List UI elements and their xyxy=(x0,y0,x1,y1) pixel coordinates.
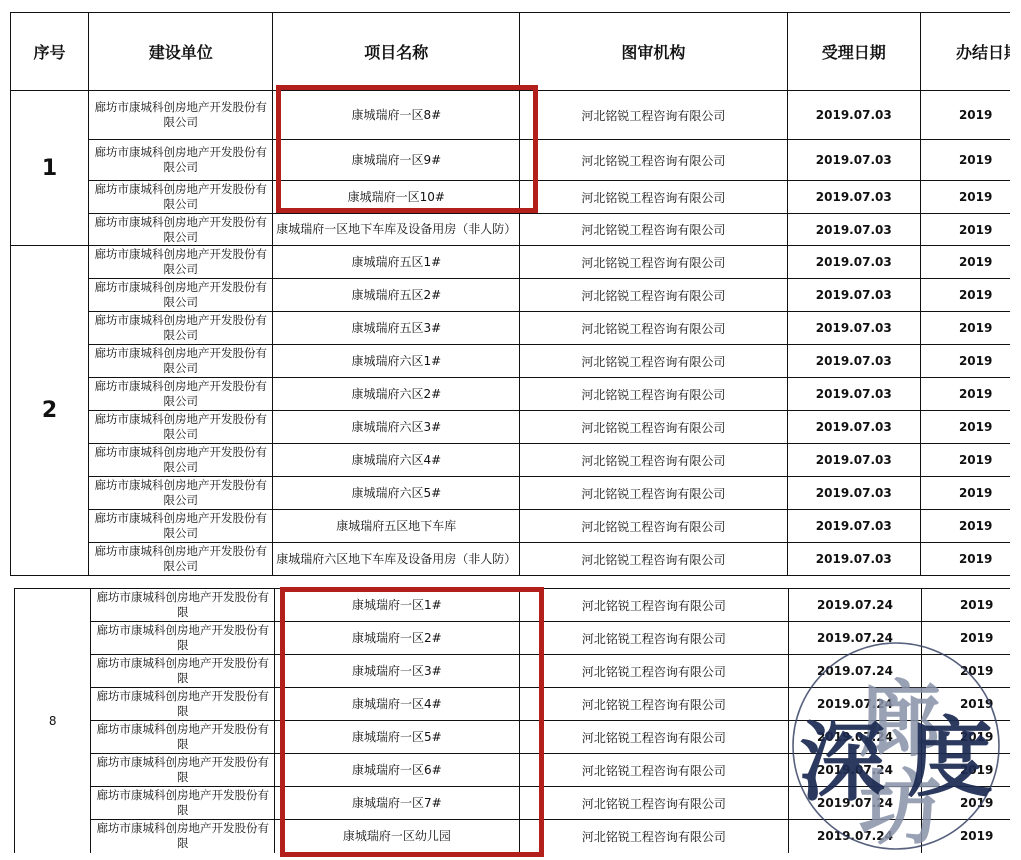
finish-date-cell: 2019 xyxy=(921,820,1020,853)
accept-date-cell: 2019.07.24 xyxy=(789,688,922,721)
project-cell: 康城瑞府一区2# xyxy=(275,622,520,655)
accept-date-cell: 2019.07.03 xyxy=(787,91,920,140)
org-cell: 河北铭锐工程咨询有限公司 xyxy=(520,444,787,477)
finish-date-cell: 2019 xyxy=(920,181,1020,214)
header-accept-date: 受理日期 xyxy=(787,13,920,91)
unit-cell: 廊坊市康城科创房地产开发股份有限 xyxy=(91,622,275,655)
project-cell: 康城瑞府五区1# xyxy=(273,246,520,279)
unit-cell: 廊坊市康城科创房地产开发股份有限 xyxy=(91,721,275,754)
org-cell: 河北铭锐工程咨询有限公司 xyxy=(520,279,787,312)
unit-cell: 廊坊市康城科创房地产开发股份有限公司 xyxy=(88,140,273,181)
unit-cell: 廊坊市康城科创房地产开发股份有限 xyxy=(91,655,275,688)
accept-date-cell: 2019.07.03 xyxy=(787,510,920,543)
table-row: 廊坊市康城科创房地产开发股份有限公司康城瑞府五区2#河北铭锐工程咨询有限公司20… xyxy=(11,279,1021,312)
table-row: 廊坊市康城科创房地产开发股份有限公司康城瑞府一区9#河北铭锐工程咨询有限公司20… xyxy=(11,140,1021,181)
accept-date-cell: 2019.07.03 xyxy=(787,543,920,576)
table-row: 廊坊市康城科创房地产开发股份有限公司康城瑞府六区3#河北铭锐工程咨询有限公司20… xyxy=(11,411,1021,444)
finish-date-cell: 2019 xyxy=(920,279,1020,312)
project-cell: 康城瑞府六区4# xyxy=(273,444,520,477)
org-cell: 河北铭锐工程咨询有限公司 xyxy=(520,477,787,510)
unit-cell: 廊坊市康城科创房地产开发股份有限公司 xyxy=(88,279,273,312)
project-cell: 康城瑞府一区地下车库及设备用房（非人防） xyxy=(273,214,520,246)
project-cell: 康城瑞府一区5# xyxy=(275,721,520,754)
table-row: 廊坊市康城科创房地产开发股份有限康城瑞府一区3#河北铭锐工程咨询有限公司2019… xyxy=(15,655,1021,688)
project-cell: 康城瑞府一区10# xyxy=(273,181,520,214)
finish-date-cell: 2019 xyxy=(920,246,1020,279)
accept-date-cell: 2019.07.24 xyxy=(789,622,922,655)
header-finish-date: 办结日期 xyxy=(920,13,1020,91)
table-row: 廊坊市康城科创房地产开发股份有限公司康城瑞府六区4#河北铭锐工程咨询有限公司20… xyxy=(11,444,1021,477)
finish-date-cell: 2019 xyxy=(920,345,1020,378)
header-seq: 序号 xyxy=(11,13,89,91)
unit-cell: 廊坊市康城科创房地产开发股份有限 xyxy=(91,754,275,787)
accept-date-cell: 2019.07.03 xyxy=(787,246,920,279)
accept-date-cell: 2019.07.03 xyxy=(787,345,920,378)
org-cell: 河北铭锐工程咨询有限公司 xyxy=(519,655,788,688)
unit-cell: 廊坊市康城科创房地产开发股份有限公司 xyxy=(88,411,273,444)
review-table-top: 序号 建设单位 项目名称 图审机构 受理日期 办结日期 1廊坊市康城科创房地产开… xyxy=(10,12,1021,576)
seq-cell: 2 xyxy=(11,246,89,576)
unit-cell: 廊坊市康城科创房地产开发股份有限公司 xyxy=(88,345,273,378)
table-row: 廊坊市康城科创房地产开发股份有限公司康城瑞府六区地下车库及设备用房（非人防）河北… xyxy=(11,543,1021,576)
unit-cell: 廊坊市康城科创房地产开发股份有限 xyxy=(91,820,275,853)
org-cell: 河北铭锐工程咨询有限公司 xyxy=(519,787,788,820)
accept-date-cell: 2019.07.03 xyxy=(787,312,920,345)
seq-cell: 1 xyxy=(11,91,89,246)
project-cell: 康城瑞府五区地下车库 xyxy=(273,510,520,543)
table-row: 廊坊市康城科创房地产开发股份有限公司康城瑞府六区5#河北铭锐工程咨询有限公司20… xyxy=(11,477,1021,510)
table-row: 廊坊市康城科创房地产开发股份有限康城瑞府一区4#河北铭锐工程咨询有限公司2019… xyxy=(15,688,1021,721)
finish-date-cell: 2019 xyxy=(920,543,1020,576)
org-cell: 河北铭锐工程咨询有限公司 xyxy=(519,721,788,754)
unit-cell: 廊坊市康城科创房地产开发股份有限公司 xyxy=(88,181,273,214)
unit-cell: 廊坊市康城科创房地产开发股份有限公司 xyxy=(88,214,273,246)
org-cell: 河北铭锐工程咨询有限公司 xyxy=(520,246,787,279)
unit-cell: 廊坊市康城科创房地产开发股份有限公司 xyxy=(88,477,273,510)
org-cell: 河北铭锐工程咨询有限公司 xyxy=(519,754,788,787)
org-cell: 河北铭锐工程咨询有限公司 xyxy=(519,820,788,853)
unit-cell: 廊坊市康城科创房地产开发股份有限公司 xyxy=(88,378,273,411)
accept-date-cell: 2019.07.03 xyxy=(787,140,920,181)
table-row: 廊坊市康城科创房地产开发股份有限康城瑞府一区7#河北铭锐工程咨询有限公司2019… xyxy=(15,787,1021,820)
project-cell: 康城瑞府六区地下车库及设备用房（非人防） xyxy=(273,543,520,576)
project-cell: 康城瑞府一区1# xyxy=(275,589,520,622)
accept-date-cell: 2019.07.24 xyxy=(789,787,922,820)
table-row: 廊坊市康城科创房地产开发股份有限公司康城瑞府一区地下车库及设备用房（非人防）河北… xyxy=(11,214,1021,246)
accept-date-cell: 2019.07.03 xyxy=(787,477,920,510)
table-row: 2廊坊市康城科创房地产开发股份有限公司康城瑞府五区1#河北铭锐工程咨询有限公司2… xyxy=(11,246,1021,279)
finish-date-cell: 2019 xyxy=(921,589,1020,622)
table-row: 廊坊市康城科创房地产开发股份有限公司康城瑞府六区2#河北铭锐工程咨询有限公司20… xyxy=(11,378,1021,411)
seq-cell: 8 xyxy=(15,589,91,853)
accept-date-cell: 2019.07.24 xyxy=(789,820,922,853)
accept-date-cell: 2019.07.24 xyxy=(789,655,922,688)
finish-date-cell: 2019 xyxy=(920,444,1020,477)
finish-date-cell: 2019 xyxy=(921,721,1020,754)
org-cell: 河北铭锐工程咨询有限公司 xyxy=(519,622,788,655)
finish-date-cell: 2019 xyxy=(920,477,1020,510)
project-cell: 康城瑞府五区3# xyxy=(273,312,520,345)
table-row: 廊坊市康城科创房地产开发股份有限康城瑞府一区幼儿园河北铭锐工程咨询有限公司201… xyxy=(15,820,1021,853)
finish-date-cell: 2019 xyxy=(920,312,1020,345)
project-cell: 康城瑞府六区2# xyxy=(273,378,520,411)
table-row: 1廊坊市康城科创房地产开发股份有限公司康城瑞府一区8#河北铭锐工程咨询有限公司2… xyxy=(11,91,1021,140)
header-unit: 建设单位 xyxy=(88,13,273,91)
org-cell: 河北铭锐工程咨询有限公司 xyxy=(520,543,787,576)
accept-date-cell: 2019.07.03 xyxy=(787,378,920,411)
finish-date-cell: 2019 xyxy=(921,622,1020,655)
unit-cell: 廊坊市康城科创房地产开发股份有限 xyxy=(91,688,275,721)
header-project: 项目名称 xyxy=(273,13,520,91)
project-cell: 康城瑞府五区2# xyxy=(273,279,520,312)
org-cell: 河北铭锐工程咨询有限公司 xyxy=(520,91,787,140)
unit-cell: 廊坊市康城科创房地产开发股份有限 xyxy=(91,787,275,820)
project-cell: 康城瑞府六区1# xyxy=(273,345,520,378)
org-cell: 河北铭锐工程咨询有限公司 xyxy=(520,181,787,214)
table-row: 8廊坊市康城科创房地产开发股份有限康城瑞府一区1#河北铭锐工程咨询有限公司201… xyxy=(15,589,1021,622)
finish-date-cell: 2019 xyxy=(920,378,1020,411)
unit-cell: 廊坊市康城科创房地产开发股份有限公司 xyxy=(88,91,273,140)
org-cell: 河北铭锐工程咨询有限公司 xyxy=(520,411,787,444)
org-cell: 河北铭锐工程咨询有限公司 xyxy=(520,312,787,345)
finish-date-cell: 2019 xyxy=(921,655,1020,688)
header-row: 序号 建设单位 项目名称 图审机构 受理日期 办结日期 xyxy=(11,13,1021,91)
org-cell: 河北铭锐工程咨询有限公司 xyxy=(519,589,788,622)
project-cell: 康城瑞府一区6# xyxy=(275,754,520,787)
table-row: 廊坊市康城科创房地产开发股份有限公司康城瑞府五区地下车库河北铭锐工程咨询有限公司… xyxy=(11,510,1021,543)
accept-date-cell: 2019.07.24 xyxy=(789,721,922,754)
project-cell: 康城瑞府一区4# xyxy=(275,688,520,721)
project-cell: 康城瑞府一区幼儿园 xyxy=(275,820,520,853)
finish-date-cell: 2019 xyxy=(920,510,1020,543)
accept-date-cell: 2019.07.03 xyxy=(787,411,920,444)
org-cell: 河北铭锐工程咨询有限公司 xyxy=(520,214,787,246)
finish-date-cell: 2019 xyxy=(921,754,1020,787)
accept-date-cell: 2019.07.03 xyxy=(787,444,920,477)
finish-date-cell: 2019 xyxy=(920,411,1020,444)
project-cell: 康城瑞府一区9# xyxy=(273,140,520,181)
finish-date-cell: 2019 xyxy=(920,91,1020,140)
org-cell: 河北铭锐工程咨询有限公司 xyxy=(520,510,787,543)
project-cell: 康城瑞府六区5# xyxy=(273,477,520,510)
viewport-edge xyxy=(1010,0,1021,860)
finish-date-cell: 2019 xyxy=(921,688,1020,721)
finish-date-cell: 2019 xyxy=(921,787,1020,820)
project-cell: 康城瑞府六区3# xyxy=(273,411,520,444)
org-cell: 河北铭锐工程咨询有限公司 xyxy=(520,345,787,378)
unit-cell: 廊坊市康城科创房地产开发股份有限公司 xyxy=(88,543,273,576)
table-row: 廊坊市康城科创房地产开发股份有限公司康城瑞府五区3#河北铭锐工程咨询有限公司20… xyxy=(11,312,1021,345)
finish-date-cell: 2019 xyxy=(920,214,1020,246)
project-cell: 康城瑞府一区8# xyxy=(273,91,520,140)
finish-date-cell: 2019 xyxy=(920,140,1020,181)
unit-cell: 廊坊市康城科创房地产开发股份有限公司 xyxy=(88,312,273,345)
unit-cell: 廊坊市康城科创房地产开发股份有限公司 xyxy=(88,444,273,477)
table-row: 廊坊市康城科创房地产开发股份有限康城瑞府一区6#河北铭锐工程咨询有限公司2019… xyxy=(15,754,1021,787)
table-row: 廊坊市康城科创房地产开发股份有限公司康城瑞府一区10#河北铭锐工程咨询有限公司2… xyxy=(11,181,1021,214)
unit-cell: 廊坊市康城科创房地产开发股份有限 xyxy=(91,589,275,622)
table-row: 廊坊市康城科创房地产开发股份有限公司康城瑞府六区1#河北铭锐工程咨询有限公司20… xyxy=(11,345,1021,378)
accept-date-cell: 2019.07.03 xyxy=(787,279,920,312)
accept-date-cell: 2019.07.03 xyxy=(787,214,920,246)
org-cell: 河北铭锐工程咨询有限公司 xyxy=(520,378,787,411)
org-cell: 河北铭锐工程咨询有限公司 xyxy=(520,140,787,181)
unit-cell: 廊坊市康城科创房地产开发股份有限公司 xyxy=(88,510,273,543)
org-cell: 河北铭锐工程咨询有限公司 xyxy=(519,688,788,721)
table-row: 廊坊市康城科创房地产开发股份有限康城瑞府一区2#河北铭锐工程咨询有限公司2019… xyxy=(15,622,1021,655)
review-table-bottom: 8廊坊市康城科创房地产开发股份有限康城瑞府一区1#河北铭锐工程咨询有限公司201… xyxy=(14,588,1021,853)
project-cell: 康城瑞府一区7# xyxy=(275,787,520,820)
accept-date-cell: 2019.07.24 xyxy=(789,589,922,622)
project-cell: 康城瑞府一区3# xyxy=(275,655,520,688)
unit-cell: 廊坊市康城科创房地产开发股份有限公司 xyxy=(88,246,273,279)
header-org: 图审机构 xyxy=(520,13,787,91)
accept-date-cell: 2019.07.24 xyxy=(789,754,922,787)
table-row: 廊坊市康城科创房地产开发股份有限康城瑞府一区5#河北铭锐工程咨询有限公司2019… xyxy=(15,721,1021,754)
accept-date-cell: 2019.07.03 xyxy=(787,181,920,214)
